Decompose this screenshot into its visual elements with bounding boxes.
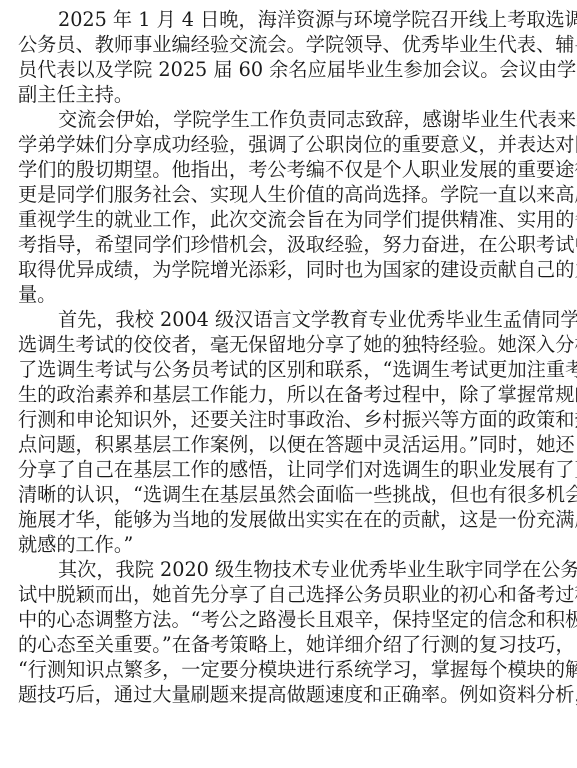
text-line: 更是同学们服务社会、实现人生价值的高尚选择。学院一直以来高度 [18, 182, 563, 207]
text-line: 取得优异成绩，为学院增光添彩，同时也为国家的建设贡献自己的力 [18, 257, 563, 282]
text-line: 学弟学妹们分享成功经验，强调了公职岗位的重要意义，并表达对同 [18, 132, 563, 157]
paragraph-opening-speech: 交流会伊始，学院学生工作负责同志致辞，感谢毕业生代表来给 学弟学妹们分享成功经验… [18, 107, 563, 307]
text-line: 题技巧后，通过大量刷题来提高做题速度和正确率。例如资料分析， [18, 682, 563, 707]
paragraph-first-speaker: 首先，我校 2004 级汉语言文学教育专业优秀毕业生孟倩同学作为 选调生考试的佼… [18, 307, 563, 557]
text-line: 量。 [18, 282, 563, 307]
text-line: 交流会伊始，学院学生工作负责同志致辞，感谢毕业生代表来给 [18, 107, 563, 132]
text-line: 行测和申论知识外，还要关注时事政治、乡村振兴等方面的政策和热 [18, 407, 563, 432]
text-line: 试中脱颖而出，她首先分享了自己选择公务员职业的初心和备考过程 [18, 582, 563, 607]
text-line: 点问题，积累基层工作案例，以便在答题中灵活运用。”同时，她还 [18, 432, 563, 457]
text-line: 就感的工作。” [18, 532, 563, 557]
document-body: 2025 年 1 月 4 日晚，海洋资源与环境学院召开线上考取选调生、 公务员、… [18, 7, 563, 707]
text-line: 员代表以及学院 2025 届 60 余名应届毕业生参加会议。会议由学工办 [18, 57, 563, 82]
text-line: 了选调生考试与公务员考试的区别和联系，“选调生考试更加注重考 [18, 357, 563, 382]
paragraph-second-speaker: 其次，我院 2020 级生物技术专业优秀毕业生耿宇同学在公务员考 试中脱颖而出，… [18, 557, 563, 707]
text-line: 清晰的认识，“选调生在基层虽然会面临一些挑战，但也有很多机会 [18, 482, 563, 507]
text-line: 重视学生的就业工作，此次交流会旨在为同学们提供精准、实用的备 [18, 207, 563, 232]
text-line: 2025 年 1 月 4 日晚，海洋资源与环境学院召开线上考取选调生、 [18, 7, 563, 32]
text-line: 生的政治素养和基层工作能力，所以在备考过程中，除了掌握常规的 [18, 382, 563, 407]
text-line: 的心态至关重要。”在备考策略上，她详细介绍了行测的复习技巧， [18, 632, 563, 657]
text-line: 选调生考试的佼佼者，毫无保留地分享了她的独特经验。她深入分析 [18, 332, 563, 357]
text-line: 分享了自己在基层工作的感悟，让同学们对选调生的职业发展有了更 [18, 457, 563, 482]
text-line: 施展才华，能够为当地的发展做出实实在在的贡献，这是一份充满成 [18, 507, 563, 532]
text-line: 中的心态调整方法。“考公之路漫长且艰辛，保持坚定的信念和积极 [18, 607, 563, 632]
text-line: 学们的殷切期望。他指出，考公考编不仅是个人职业发展的重要途径， [18, 157, 563, 182]
text-line: 副主任主持。 [18, 82, 563, 107]
text-line: 首先，我校 2004 级汉语言文学教育专业优秀毕业生孟倩同学作为 [18, 307, 563, 332]
paragraph-meeting-intro: 2025 年 1 月 4 日晚，海洋资源与环境学院召开线上考取选调生、 公务员、… [18, 7, 563, 107]
text-line: 其次，我院 2020 级生物技术专业优秀毕业生耿宇同学在公务员考 [18, 557, 563, 582]
text-line: 考指导，希望同学们珍惜机会，汲取经验，努力奋进，在公职考试中 [18, 232, 563, 257]
text-line: 公务员、教师事业编经验交流会。学院领导、优秀毕业生代表、辅导 [18, 32, 563, 57]
text-line: “行测知识点繁多，一定要分模块进行系统学习，掌握每个模块的解 [18, 657, 563, 682]
